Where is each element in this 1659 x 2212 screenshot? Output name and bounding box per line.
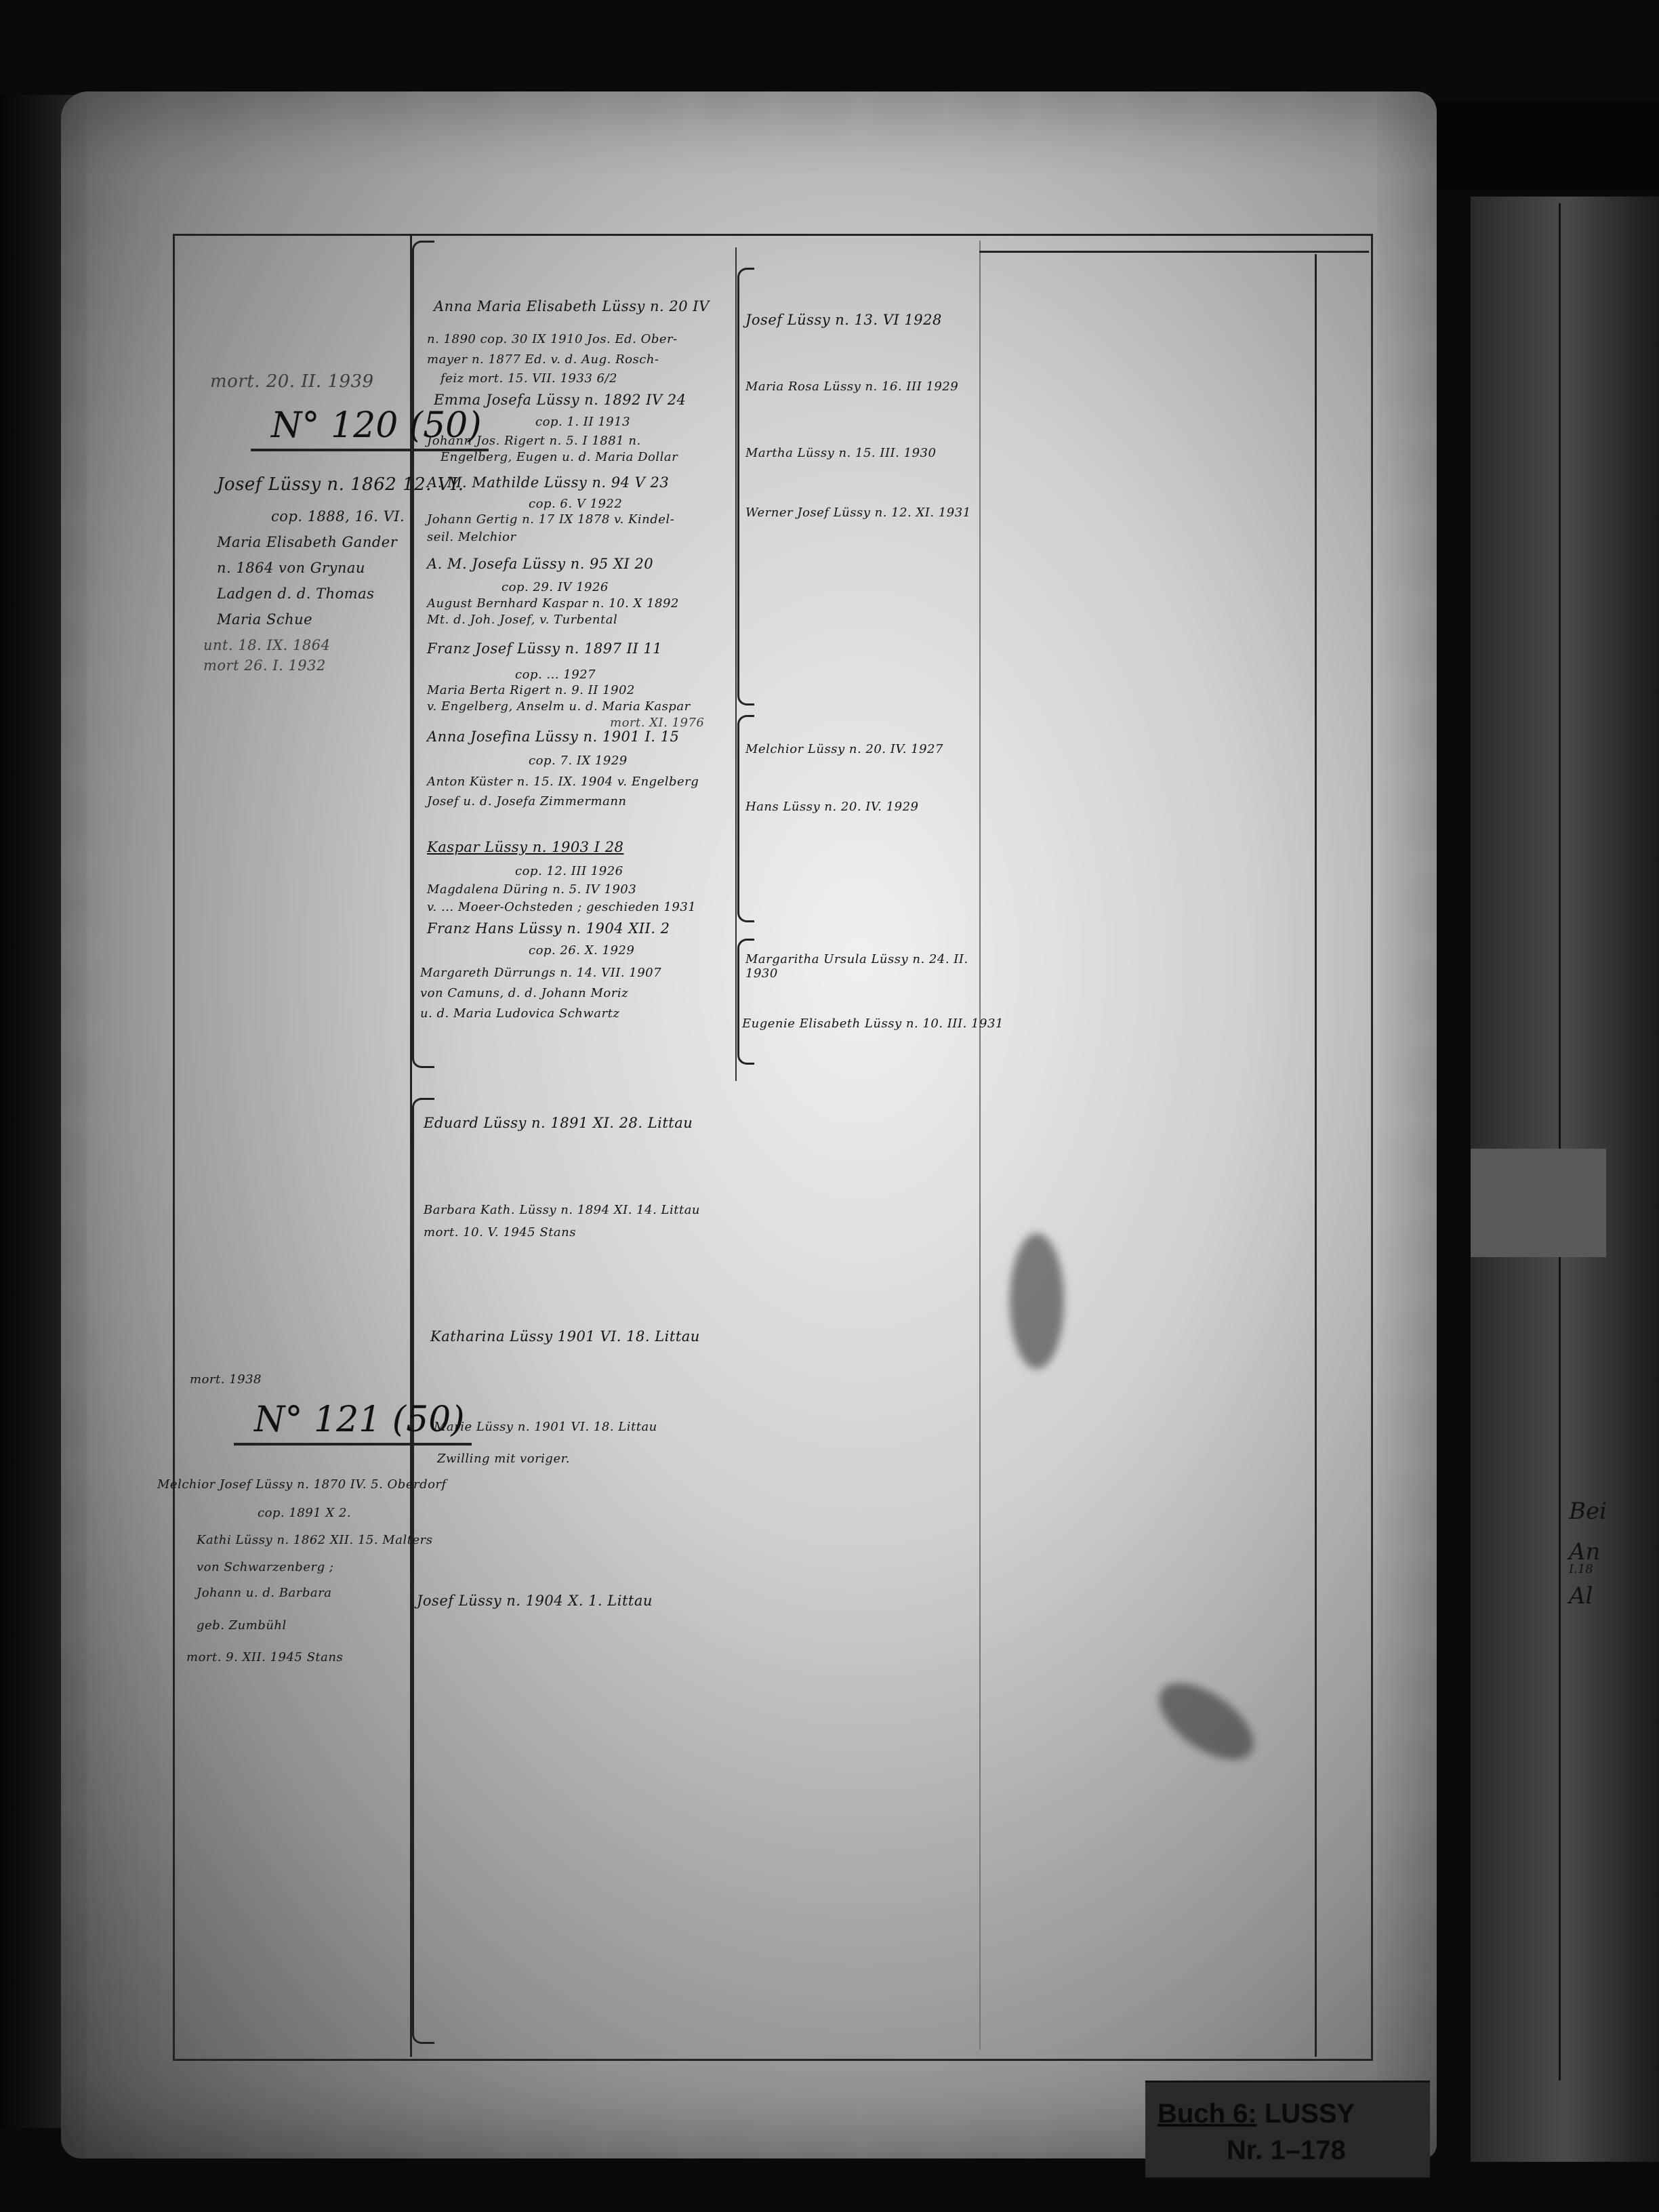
child-line: cop. 7. IX 1929 (529, 754, 628, 768)
child-line: Franz Hans Lüssy n. 1904 XII. 2 (427, 920, 670, 937)
head-line: Ladgen d. d. Thomas (217, 586, 374, 602)
head-line: cop. 1888, 16. VI. (271, 508, 405, 525)
grandchild-line: Hans Lüssy n. 20. IV. 1929 (745, 800, 919, 814)
head-line: Johann u. d. Barbara (197, 1586, 331, 1600)
adjacent-page-rule (1559, 203, 1561, 2081)
head-line: cop. 1891 X 2. (258, 1506, 351, 1520)
stamp-label: Buch 6: LUSSY (1158, 2099, 1355, 2129)
page-tab-marker (1471, 1149, 1606, 1257)
child-line: von Camuns, d. d. Johann Moriz (420, 986, 628, 1000)
head-line: Melchior Josef Lüssy n. 1870 IV. 5. Ober… (157, 1477, 447, 1492)
child-line: Josef u. d. Josefa Zimmermann (427, 794, 627, 808)
child-line: Marie Lüssy n. 1901 VI. 18. Littau (434, 1420, 657, 1434)
column-rule (735, 247, 737, 1081)
grandchild-line: Werner Josef Lüssy n. 12. XI. 1931 (745, 506, 971, 520)
child-line: Johann Jos. Rigert n. 5. I 1881 n. (427, 434, 641, 448)
child-line: Eduard Lüssy n. 1891 XI. 28. Littau (424, 1115, 693, 1131)
child-line: Magdalena Düring n. 5. IV 1903 (427, 882, 636, 897)
stamp-book-label: Buch 6: (1158, 2099, 1257, 2129)
child-line: Emma Josefa Lüssy n. 1892 IV 24 (434, 392, 687, 408)
child-line: A. M. Josefa Lüssy n. 95 XI 20 (427, 556, 653, 572)
child-line: A. M. Mathilde Lüssy n. 94 V 23 (427, 474, 669, 491)
margin-death-note: mort. 1938 (190, 1372, 262, 1387)
child-line: mort. 10. V. 1945 Stans (424, 1225, 576, 1240)
child-line: cop. 12. III 1926 (515, 864, 623, 878)
head-line: von Schwarzenberg ; (197, 1560, 333, 1574)
child-line: cop. 1. II 1913 (535, 415, 630, 429)
child-line: cop. 26. X. 1929 (529, 943, 634, 958)
head-line: Kathi Lüssy n. 1862 XII. 15. Malters (197, 1533, 432, 1547)
child-line: Franz Josef Lüssy n. 1897 II 11 (427, 640, 662, 657)
stamp-surname: LUSSY (1265, 2099, 1355, 2129)
header-rule (979, 251, 1369, 253)
child-line: August Bernhard Kaspar n. 10. X 1892 (427, 596, 679, 611)
column-rule (979, 241, 981, 2050)
child-line: Barbara Kath. Lüssy n. 1894 XI. 14. Litt… (424, 1203, 700, 1217)
head-line: n. 1864 von Grynau (217, 560, 365, 576)
child-line: Anna Maria Elisabeth Lüssy n. 20 IV (434, 298, 710, 314)
archive-stamp: Buch 6: LUSSY Nr. 1–178 (1145, 2081, 1430, 2177)
child-line: Anna Josefina Lüssy n. 1901 I. 15 (427, 729, 679, 745)
children-bracket (412, 1098, 434, 2044)
child-line: v. Engelberg, Anselm u. d. Maria Kaspar (427, 699, 691, 714)
child-line: feiz mort. 15. VII. 1933 6/2 (441, 371, 617, 386)
child-line: Josef Lüssy n. 1904 X. 1. Littau (417, 1593, 653, 1609)
grandchild-line: Martha Lüssy n. 15. III. 1930 (745, 446, 936, 460)
child-line: Zwilling mit voriger. (437, 1452, 570, 1466)
head-line: mort 26. I. 1932 (203, 657, 326, 674)
child-line: Katharina Lüssy 1901 VI. 18. Littau (430, 1328, 700, 1345)
head-line: geb. Zumbühl (197, 1618, 287, 1633)
column-rule (1315, 254, 1317, 2057)
child-line: Maria Berta Rigert n. 9. II 1902 (427, 683, 635, 697)
grandchild-line: Margaritha Ursula Lüssy n. 24. II. 1930 (745, 952, 969, 981)
adjacent-page-fragment: An (1569, 1538, 1600, 1565)
adjacent-page-fragment: I.18 (1569, 1562, 1593, 1576)
child-line: n. 1890 cop. 30 IX 1910 Jos. Ed. Ober- (427, 332, 678, 346)
child-line: mayer n. 1877 Ed. v. d. Aug. Rosch- (427, 352, 659, 367)
child-line: seil. Melchior (427, 530, 516, 544)
ink-stain (1010, 1233, 1064, 1369)
margin-death-note: mort. 20. II. 1939 (210, 371, 374, 392)
adjacent-page-fragment: Bei (1569, 1498, 1607, 1525)
child-line: cop. ... 1927 (515, 668, 596, 682)
child-line: Anton Küster n. 15. IX. 1904 v. Engelber… (427, 775, 699, 789)
head-line: Maria Elisabeth Gander (217, 534, 397, 550)
grandchild-line: Josef Lüssy n. 13. VI 1928 (745, 312, 942, 328)
child-line: Mt. d. Joh. Josef, v. Turbental (427, 613, 617, 627)
stamp-number: Nr. 1–178 (1227, 2135, 1346, 2166)
grandchild-line: Maria Rosa Lüssy n. 16. III 1929 (745, 380, 958, 394)
head-line: unt. 18. IX. 1864 (203, 637, 330, 653)
child-line: Margareth Dürrungs n. 14. VII. 1907 (420, 966, 661, 980)
grandchild-line: Eugenie Elisabeth Lüssy n. 10. III. 1931 (742, 1017, 1004, 1031)
child-line: Engelberg, Eugen u. d. Maria Dollar (441, 450, 678, 464)
child-line: u. d. Maria Ludovica Schwartz (420, 1006, 619, 1021)
child-line: Kaspar Lüssy n. 1903 I 28 (427, 839, 623, 855)
child-line: v. ... Moeer-Ochsteden ; geschieden 1931 (427, 900, 696, 914)
child-line: Johann Gertig n. 17 IX 1878 v. Kindel- (427, 512, 674, 527)
grandchild-line: Melchior Lüssy n. 20. IV. 1927 (745, 742, 943, 756)
child-line: mort. XI. 1976 (610, 716, 704, 730)
head-line: Maria Schue (217, 611, 312, 628)
adjacent-page-fragment: Al (1569, 1582, 1593, 1610)
head-line: mort. 9. XII. 1945 Stans (186, 1650, 343, 1664)
child-line: cop. 29. IV 1926 (501, 580, 609, 594)
grandchildren-bracket (737, 268, 754, 705)
child-line: cop. 6. V 1922 (529, 497, 622, 511)
